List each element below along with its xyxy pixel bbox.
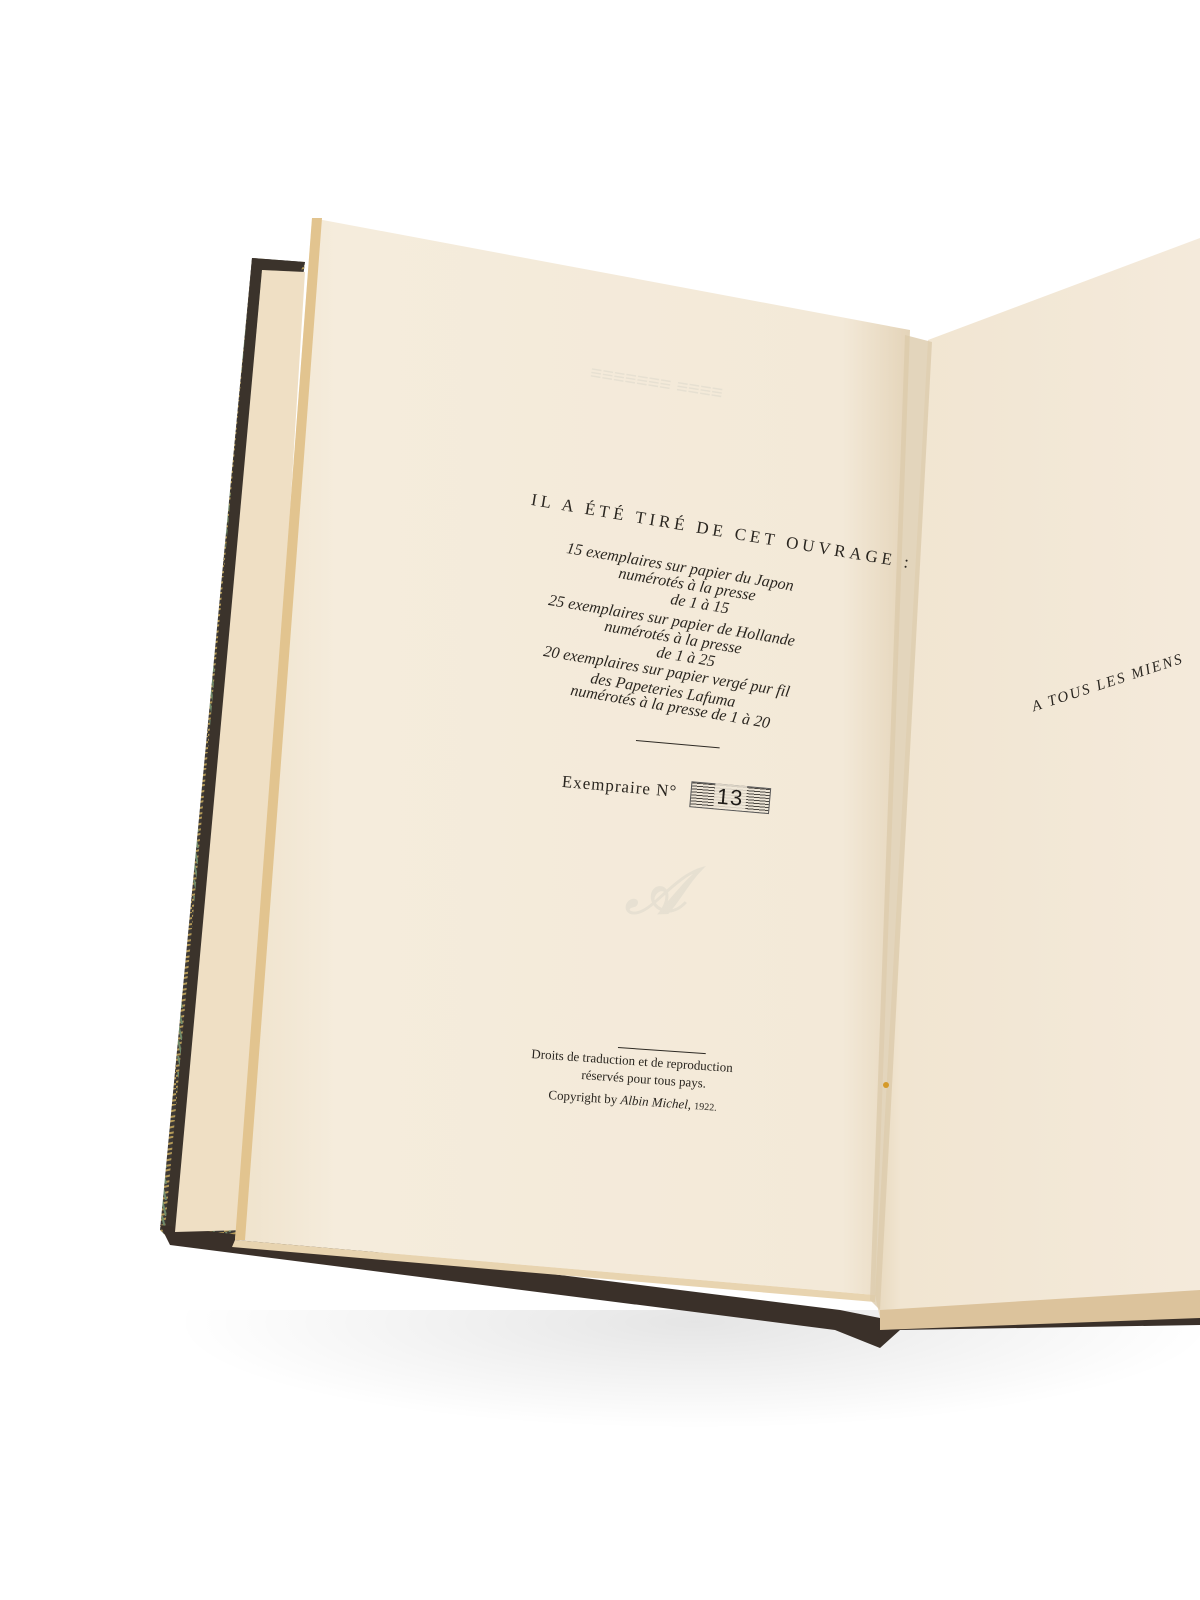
- open-book-illustration: [0, 0, 1200, 1600]
- publisher-monogram-show-through: 𝒜: [625, 855, 686, 929]
- copy-number: 13: [713, 783, 748, 811]
- book-photo: ≡≡≡≡≡≡≡ ≡≡≡≡ IL A ÉTÉ TIRÉ DE CET OUVRAG…: [0, 0, 1200, 1600]
- copyright-year: 1922.: [694, 1101, 717, 1114]
